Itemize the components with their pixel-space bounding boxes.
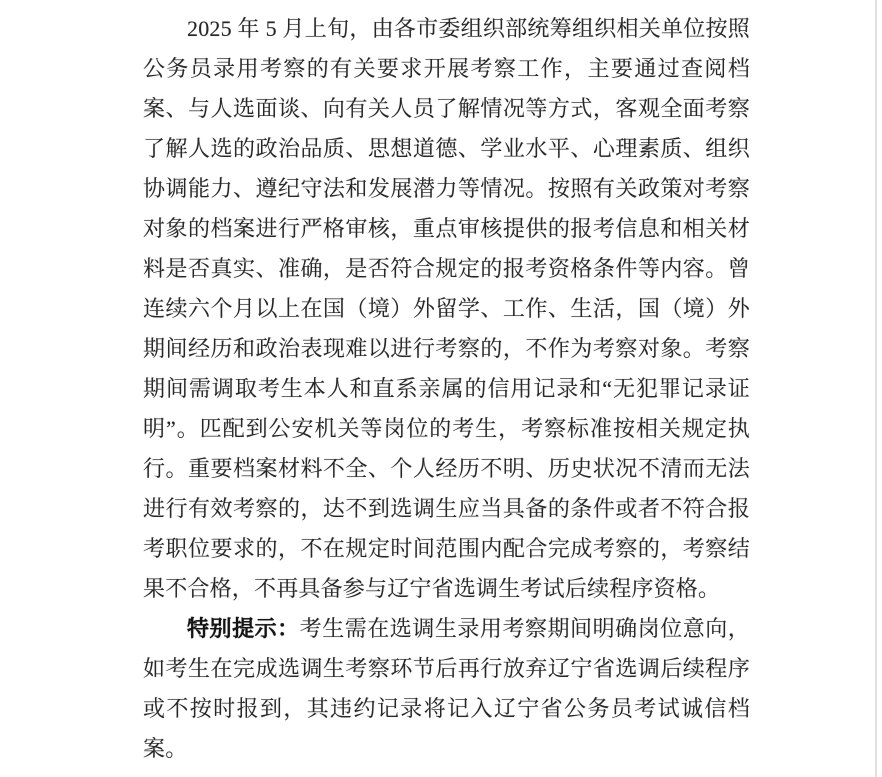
paragraph-special-note: 特别提示：考生需在选调生录用考察期间明确岗位意向，如考生在完成选调生考察环节后再… — [143, 609, 750, 769]
paragraph-text: 2025 年 5 月上旬，由各市委组织部统筹组织相关单位按照公务员录用考察的有关… — [143, 16, 750, 601]
paragraph-inspection-process: 2025 年 5 月上旬，由各市委组织部统筹组织相关单位按照公务员录用考察的有关… — [143, 9, 750, 609]
scan-page-right-edge — [875, 0, 877, 777]
document-page: 2025 年 5 月上旬，由各市委组织部统筹组织相关单位按照公务员录用考察的有关… — [143, 9, 750, 769]
special-note-label: 特别提示： — [187, 616, 300, 641]
